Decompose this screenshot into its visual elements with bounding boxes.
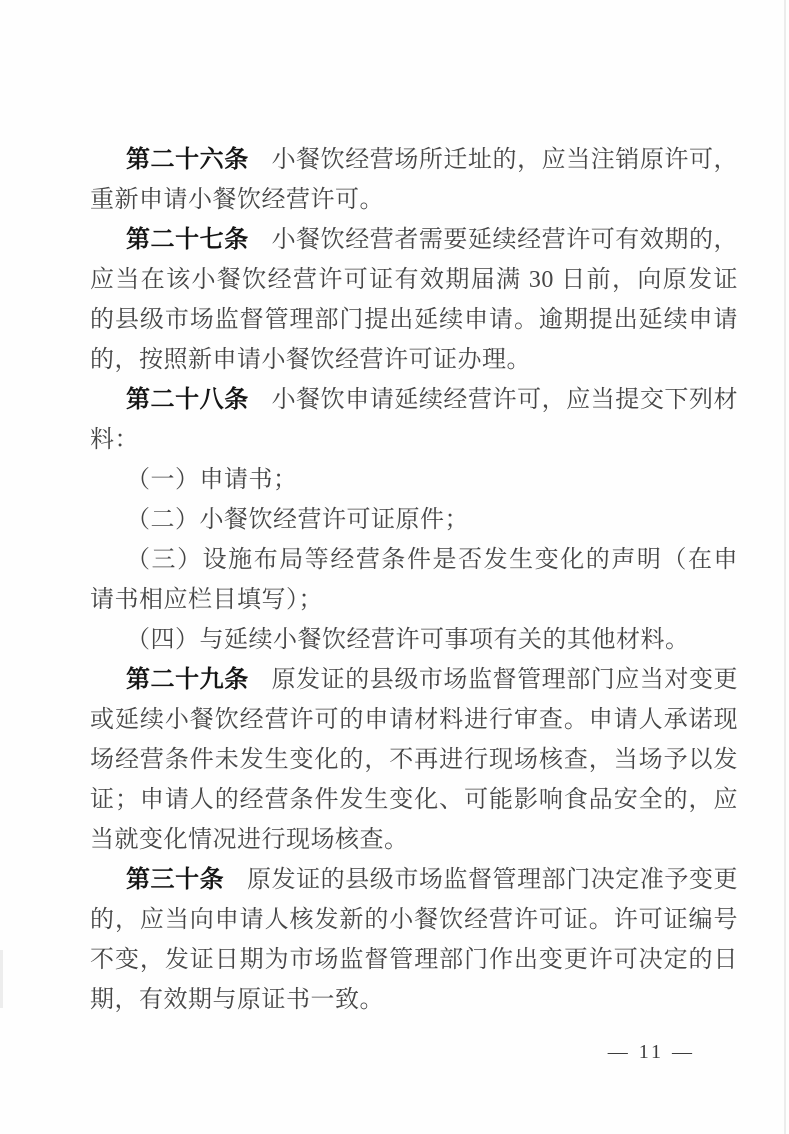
page-number: — 11 — <box>608 1040 695 1064</box>
list-item-text: （一）申请书； <box>126 467 298 493</box>
article-30-heading: 第三十条 <box>126 867 224 893</box>
list-item-text: （三）设施布局等经营条件是否发生变化的声明（在申请书相应栏目填写）； <box>90 547 738 613</box>
list-item-1: （一）申请书； <box>90 460 738 500</box>
paragraph-article-30: 第三十条原发证的县级市场监督管理部门决定准予变更的，应当向申请人核发新的小餐饮经… <box>90 860 738 1020</box>
scan-edge-artifact <box>784 0 786 1134</box>
paragraph-article-29: 第二十九条原发证的县级市场监督管理部门应当对变更或延续小餐饮经营许可的申请材料进… <box>90 660 738 860</box>
article-27-heading: 第二十七条 <box>126 227 249 253</box>
list-item-3: （三）设施布局等经营条件是否发生变化的声明（在申请书相应栏目填写）； <box>90 540 738 620</box>
paragraph-article-26: 第二十六条小餐饮经营场所迁址的，应当注销原许可，重新申请小餐饮经营许可。 <box>90 140 738 220</box>
document-body: 第二十六条小餐饮经营场所迁址的，应当注销原许可，重新申请小餐饮经营许可。 第二十… <box>90 140 738 1020</box>
paragraph-article-28: 第二十八条小餐饮申请延续经营许可，应当提交下列材料： <box>90 380 738 460</box>
article-28-heading: 第二十八条 <box>126 387 249 413</box>
list-item-4: （四）与延续小餐饮经营许可事项有关的其他材料。 <box>90 620 738 660</box>
article-26-heading: 第二十六条 <box>126 147 249 173</box>
document-page: 第二十六条小餐饮经营场所迁址的，应当注销原许可，重新申请小餐饮经营许可。 第二十… <box>0 0 789 1134</box>
paragraph-text: 原发证的县级市场监督管理部门应当对变更或延续小餐饮经营许可的申请材料进行审查。申… <box>90 667 738 853</box>
article-29-heading: 第二十九条 <box>126 667 249 693</box>
list-item-2: （二）小餐饮经营许可证原件； <box>90 500 738 540</box>
scan-mark-artifact <box>0 950 3 1008</box>
list-item-text: （四）与延续小餐饮经营许可事项有关的其他材料。 <box>126 627 690 653</box>
list-item-text: （二）小餐饮经营许可证原件； <box>126 507 469 533</box>
paragraph-article-27: 第二十七条小餐饮经营者需要延续经营许可有效期的，应当在该小餐饮经营许可证有效期届… <box>90 220 738 380</box>
